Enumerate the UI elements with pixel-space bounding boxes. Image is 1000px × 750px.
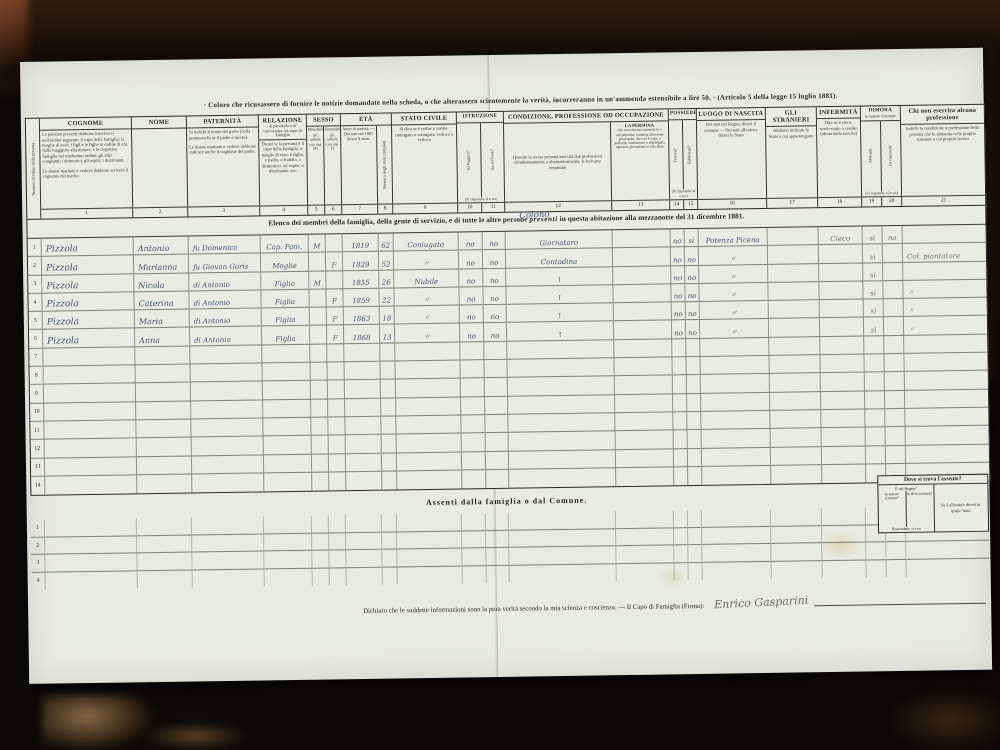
dimora-occasionale-cell <box>886 445 906 464</box>
anno-nascita-cell <box>346 550 382 568</box>
sesso-m-cell: M <box>309 234 326 253</box>
occasionale-label: Occasionale <box>889 145 894 166</box>
stranieri-cell <box>769 337 820 356</box>
sesso-m-cell <box>309 253 326 272</box>
column-numbers: 14 15 <box>670 199 697 209</box>
dimora-occasionale-cell <box>884 336 904 355</box>
condizione-cell: ↑ <box>507 303 614 323</box>
sa-leggere-cell <box>462 433 486 452</box>
header-infermita: INFERMITÀ Dire se è cieco, sordo-muto o … <box>817 107 862 208</box>
infermita-cell <box>822 464 866 483</box>
paternita-cell: di Antonio <box>189 272 261 291</box>
fabbricati-cell <box>687 412 701 431</box>
column-number: 6 <box>325 205 341 214</box>
terreni-cell <box>674 528 688 546</box>
luogo-nascita-cell: 〃 <box>699 283 768 302</box>
infermita-cell <box>820 318 864 337</box>
dimora-abituale: Abituale <box>861 121 882 191</box>
sa-leggere-cell: no <box>459 269 483 288</box>
la-persona-cell <box>616 431 674 450</box>
dimora-occasionale-cell <box>883 281 903 300</box>
relazione-cell: Figlia <box>262 308 310 327</box>
absent-persons-rows: 1 <box>31 506 990 590</box>
sa-leggere-cell: no <box>460 324 484 343</box>
anni-compiuti-cell: 22 <box>379 288 394 307</box>
condizione-cell <box>510 564 617 583</box>
nome-cell <box>136 401 191 420</box>
sesso-f-cell <box>329 472 346 491</box>
column-number: 15 <box>684 200 697 209</box>
row-number: 1 <box>31 520 45 538</box>
sa-leggere-cell <box>460 342 484 361</box>
nome-cell <box>137 474 192 493</box>
chi-non-esercita-cell <box>905 371 988 391</box>
nome-cell <box>136 419 191 438</box>
row-number: 1 <box>28 239 42 258</box>
anno-nascita-cell <box>346 532 382 550</box>
infermita-cell <box>822 428 866 447</box>
sesso-m-cell <box>312 472 329 491</box>
relazione-cell <box>264 436 312 455</box>
column-numbers: 7 8 <box>342 203 392 214</box>
anno-nascita-cell <box>347 567 383 585</box>
relazione-cell <box>263 399 311 418</box>
relazione-cell <box>264 473 312 492</box>
anni-compiuti-cell: 52 <box>379 252 394 271</box>
fabbricati-cell: no <box>686 302 700 321</box>
column-number: 7 <box>342 205 378 215</box>
column-numbers: 10 11 <box>458 202 504 213</box>
cognome-cell <box>45 518 137 537</box>
dimora-abituale-cell <box>866 427 886 446</box>
terreni-cell <box>675 563 689 581</box>
sesso-m-cell <box>310 326 327 345</box>
infermita-cell <box>822 560 866 578</box>
luogo-nascita-cell <box>702 447 771 466</box>
condizione-cell: ↑ <box>506 285 613 305</box>
dimora-occasionale-cell <box>885 391 905 410</box>
relazione-cell <box>264 516 312 534</box>
dimora-abituale-cell <box>866 542 886 560</box>
fabbricati-cell <box>688 448 702 467</box>
condizione-cell: ↑ <box>506 267 613 287</box>
anno-nascita-cell: 1859 <box>343 289 379 308</box>
terreni-cell <box>673 394 687 413</box>
column-number: 14 <box>670 200 684 209</box>
terreni-cell <box>673 412 687 431</box>
list-title-pre: Elenco dei membri della famiglia, della … <box>268 215 529 227</box>
cognome-cell <box>44 365 136 385</box>
sa-scrivere-cell <box>486 530 509 548</box>
anno-nascita-cell: 1829 <box>343 252 379 271</box>
chi-non-esercita-cell <box>903 225 986 245</box>
sesso-title: SESSO <box>307 114 340 127</box>
row-number: 11 <box>30 422 44 441</box>
stato-civile-cell: 〃 <box>394 251 459 270</box>
anno-nascita-cell <box>346 515 382 533</box>
terreni-cell <box>674 467 688 486</box>
fabbricati-cell <box>688 527 702 545</box>
sesso-f-cell <box>330 568 347 586</box>
present-persons-rows: 1 Pizzola Antonio fu Domenico Cap. Fam. … <box>28 225 990 495</box>
header-luogo-nascita: LUOGO DI NASCITA Dei nati nel Regno, dic… <box>697 108 767 209</box>
row-number: 5 <box>29 312 43 331</box>
stranieri-cell <box>769 355 820 374</box>
dimora-abituale-cell: sì <box>863 245 883 264</box>
cognome-cell: Pizzola <box>43 311 135 331</box>
dimora-abituale-cell <box>866 446 886 465</box>
chi-non-esercita-cell <box>904 353 987 373</box>
cognome-cell: Pizzola <box>42 237 134 257</box>
anno-nascita-cell: 1855 <box>343 270 379 289</box>
chi-non-esercita-cell: 〃 <box>904 298 987 318</box>
fabbricati-cell: no <box>686 320 700 339</box>
luogo-nascita-title: LUOGO DI NASCITA <box>697 108 765 121</box>
stato-civile-title: STATO CIVILE <box>392 113 456 126</box>
nome-cell <box>138 570 193 588</box>
stato-civile-cell: Coniugato <box>394 233 459 252</box>
fabbricati-cell <box>687 375 701 394</box>
header-sesso: SESSO Maschile (Si indichi con una M) Fe… <box>307 114 342 214</box>
sa-leggere: Sa leggere? <box>457 123 482 197</box>
row-number: 13 <box>31 458 45 477</box>
list-title-post: in questa abitazione alla mezzanotte del… <box>558 212 745 223</box>
condizione-cell: Giornataro <box>506 230 613 250</box>
relazione-subtitle: di parentela o di convivenza col capo di… <box>259 124 306 141</box>
luogo-nascita-cell: Potenza Picena <box>699 228 768 247</box>
possiede-title: POSSIEDE <box>669 109 696 120</box>
condizione-cell <box>509 431 616 451</box>
anni-compiuti-cell <box>382 549 397 567</box>
nome-cell: Nicola <box>134 273 189 292</box>
sa-leggere-cell <box>462 470 486 489</box>
sa-leggere-cell: no <box>459 232 483 251</box>
paternita-cell <box>191 364 263 383</box>
eta-title: ETÀ <box>341 114 391 127</box>
sesso-subcolumns: Maschile (Si indichi con una M) Femminil… <box>307 126 341 204</box>
header-possiede: POSSIEDE Terreni? Fabbricati? (Si rispon… <box>669 109 698 209</box>
sesso-f-cell <box>328 381 345 400</box>
terreni-cell: no <box>671 247 685 266</box>
infermita-title: INFERMITÀ <box>817 107 860 120</box>
luogo-nascita-cell: 〃 <box>700 319 769 338</box>
sesso-maschile: Maschile (Si indichi con una M) <box>307 127 325 205</box>
dimora-abituale-cell: sì <box>864 299 884 318</box>
stato-civile-cell <box>397 452 462 471</box>
dimora-occasionale: Occasionale <box>881 121 901 191</box>
nome-cell <box>135 346 190 365</box>
header-numero-ordine: Numero d'ordine della persona <box>26 119 41 219</box>
la-persona-cell <box>613 266 671 285</box>
census-photo: · Coloro che ricusassero di fornire le n… <box>0 0 1000 750</box>
sa-leggere-cell <box>460 360 484 379</box>
la-persona-cell <box>615 394 673 413</box>
dimora-occasionale-cell <box>886 427 906 446</box>
terreni-cell: no <box>671 266 685 285</box>
stranieri-cell <box>770 410 821 429</box>
sesso-f-cell <box>328 417 345 436</box>
wood-floor-patch-bottom-mid <box>140 722 250 750</box>
condizione-cell <box>508 395 615 415</box>
la-persona-desc: che esercita un commercio o un'industria… <box>611 128 668 151</box>
stranieri-title: GLI STRANIERI <box>766 107 816 127</box>
sa-scrivere-cell <box>486 433 509 452</box>
paternita-cell <box>192 551 264 570</box>
dimora-occasionale-cell <box>885 372 905 391</box>
terreni-cell <box>672 339 686 358</box>
row-number: 7 <box>29 348 43 367</box>
sa-scrivere-cell <box>485 378 508 397</box>
sa-scrivere-cell: no <box>484 305 507 324</box>
eta-anni-compiuti: Numero degli anni compiuti <box>377 126 392 204</box>
luogo-nascita-cell <box>701 374 770 393</box>
stato-civile-cell <box>397 434 462 453</box>
sesso-m-cell <box>310 308 327 327</box>
nome-title: NOME <box>132 117 186 130</box>
luogo-nascita-cell <box>700 356 769 375</box>
paternita-cell: fu Domenico <box>189 235 261 254</box>
condizione-cell: Contadina <box>506 249 613 269</box>
relazione-cell <box>264 454 312 473</box>
fabbricati: Fabbricati? <box>683 120 697 190</box>
anni-compiuti-cell <box>380 362 395 381</box>
stato-civile-desc: Si dica se è celibe o nubile, coniugato … <box>392 125 456 144</box>
cognome-desc: Le persone presenti debbono inscriversi … <box>40 130 131 166</box>
paternita-cell <box>192 455 264 474</box>
stranieri-cell <box>769 319 820 338</box>
stato-civile-cell <box>396 397 461 416</box>
sesso-f-cell: F <box>327 307 344 326</box>
sesso-m-cell <box>312 550 329 568</box>
luogo-nascita-cell: 〃 <box>700 301 769 320</box>
dimora-occasionale-cell: no <box>883 226 903 245</box>
relazione-cell <box>263 418 311 437</box>
sesso-f-cell: F <box>326 289 343 308</box>
relazione-desc: Dicasi se la persona è il capo della fam… <box>259 140 307 175</box>
absent-box-body: È nel Regno? in questo comune? in altro … <box>878 484 988 533</box>
sa-scrivere-cell <box>486 470 509 489</box>
header-paternita: PATERNITÀ Si indichi il nome del padre (… <box>187 115 260 216</box>
cognome-cell: Pizzola <box>42 256 134 276</box>
sa-scrivere: Sa scrivere? <box>481 123 504 197</box>
cognome-cell <box>45 553 137 572</box>
nome-cell: Caterina <box>134 291 189 310</box>
paternita-cell <box>192 473 264 492</box>
sesso-m-cell <box>313 568 330 586</box>
condizione-left-desc: Quando la stessa persona esercita due pr… <box>504 152 610 172</box>
infermita-cell <box>820 355 864 374</box>
stranieri-cell <box>771 543 822 561</box>
sa-leggere-cell: no <box>459 287 483 306</box>
terreni-cell <box>672 357 686 376</box>
header-condizione: CONDIZIONE, PROFESSIONE OD OCCUPAZIONE Q… <box>504 109 670 211</box>
numero-ordine-label: Numero d'ordine della persona <box>30 142 36 195</box>
anno-nascita-cell: 1819 <box>343 234 379 253</box>
column-number: 19 <box>862 197 882 206</box>
sesso-m-cell <box>310 344 327 363</box>
luogo-nascita-desc: Dei nati nel Regno, dicesi il comune — D… <box>697 120 765 139</box>
anni-compiuti-cell: 13 <box>380 325 395 344</box>
sa-scrivere-cell: no <box>484 323 507 342</box>
sesso-m-cell <box>311 399 328 418</box>
luogo-nascita-cell <box>701 411 770 430</box>
stato-civile-cell: 〃 <box>394 287 459 306</box>
absent-persons-table: 1 <box>31 506 990 590</box>
sa-leggere-cell <box>462 531 486 549</box>
stato-civile-cell <box>397 548 462 566</box>
sa-leggere-cell <box>462 452 486 471</box>
sa-leggere-cell <box>461 379 485 398</box>
istruzione-title: ISTRUZIONE <box>457 112 503 124</box>
paternita-cell <box>191 400 263 419</box>
relazione-cell <box>263 381 311 400</box>
declaration-text: Dichiaro che le suddette informazioni so… <box>363 603 704 615</box>
nome-cell: Antonio <box>134 237 189 256</box>
relazione-cell <box>264 551 312 569</box>
stranieri-cell <box>768 245 819 264</box>
anno-nascita-cell <box>344 343 380 362</box>
stranieri-cell <box>771 508 822 526</box>
relazione-cell: Figlia <box>261 290 309 309</box>
column-number: 21 <box>902 195 985 206</box>
infermita-cell <box>822 542 866 560</box>
sesso-m-cell <box>312 454 329 473</box>
terreni-cell <box>674 430 688 449</box>
anno-nascita-cell <box>345 398 381 417</box>
relazione-cell: Moglie <box>261 253 309 272</box>
luogo-nascita-cell <box>702 429 771 448</box>
sesso-m-cell: M <box>309 271 326 290</box>
stato-civile-cell: 〃 <box>395 324 460 343</box>
paternita-cell <box>190 345 262 364</box>
sesso-m-cell <box>309 289 326 308</box>
infermita-cell: Cieco <box>819 227 863 246</box>
infermita-cell <box>822 446 866 465</box>
la-persona-cell <box>617 563 675 581</box>
stato-civile-cell <box>395 361 460 380</box>
header-eta: ETÀ Anno di nascita. — Dei nati nel 1881… <box>341 113 393 214</box>
paternita-cell <box>192 516 264 535</box>
sesso-f-cell <box>327 344 344 363</box>
chi-non-esercita-title: Chi non esercita alcuna professione <box>901 105 984 126</box>
anni-compiuti-cell <box>382 471 397 490</box>
condizione-cell <box>509 511 616 530</box>
declaration-row: Dichiaro che le suddette informazioni so… <box>363 593 986 615</box>
sa-leggere-cell <box>462 548 486 566</box>
stato-civile-cell: 〃 <box>395 306 460 325</box>
sesso-m-cell <box>311 417 328 436</box>
header-cognome: COGNOME Le persone presenti debbono insc… <box>40 117 133 218</box>
header-stato-civile: STATO CIVILE Si dica se è celibe o nubil… <box>392 113 458 214</box>
infermita-cell <box>820 336 864 355</box>
la-persona-cell <box>616 467 674 486</box>
chi-non-esercita-cell <box>905 389 988 409</box>
cognome-cell <box>46 571 138 590</box>
row-number: 8 <box>30 367 44 386</box>
column-number: 8 <box>378 204 392 213</box>
luogo-nascita-cell <box>702 544 771 563</box>
sa-scrivere-label: Sa scrivere? <box>490 149 495 170</box>
column-number: 1 <box>41 207 132 218</box>
sesso-f-cell <box>329 454 346 473</box>
la-persona-cell <box>616 510 674 528</box>
table-header-row: Numero d'ordine della persona COGNOME Le… <box>26 105 985 220</box>
anni-compiuti-cell <box>380 343 395 362</box>
sesso-m-cell <box>310 363 327 382</box>
cognome-cell <box>45 536 137 555</box>
dimora-abituale-cell: sì <box>863 281 883 300</box>
sa-leggere-cell <box>463 566 487 584</box>
absent-location-box: Dove si trova l'assente? È nel Regno? in… <box>877 474 989 534</box>
paternita-cell: fu Giovan Goris <box>189 254 261 273</box>
cognome-cell <box>43 347 135 367</box>
sesso-f-cell <box>326 271 343 290</box>
fabbricati-cell <box>686 357 700 376</box>
luogo-nascita-cell <box>701 393 770 412</box>
stranieri-cell <box>770 374 821 393</box>
paternita-cell: di Antonio <box>190 327 262 346</box>
stranieri-cell <box>770 392 821 411</box>
header-chi-non-esercita: Chi non esercita alcuna professione indi… <box>901 105 985 206</box>
sa-leggere-cell: no <box>459 250 483 269</box>
terreni-cell <box>673 376 687 395</box>
infermita-cell <box>821 409 865 428</box>
sesso-m-cell <box>312 436 329 455</box>
possiede-subcolumns: Terreni? Fabbricati? <box>669 120 697 190</box>
condizione-due-professioni: Quando la stessa persona esercita due pr… <box>504 122 612 201</box>
fabbricati-cell <box>688 510 702 528</box>
stato-civile-cell <box>396 415 461 434</box>
paternita-cell <box>191 382 263 401</box>
stranieri-desc: debbono indicare lo Stato a cui apparten… <box>766 127 816 141</box>
luogo-nascita-cell <box>700 338 769 357</box>
relazione-cell: Figlio <box>261 271 309 290</box>
sesso-f-cell: F <box>326 253 343 272</box>
nome-cell: Anna <box>135 328 190 347</box>
stranieri-cell <box>771 526 822 544</box>
sesso-m-cell <box>312 515 329 533</box>
dimora-abituale-cell <box>865 409 885 428</box>
signature-line <box>814 603 986 607</box>
dimora-abituale-cell: sì <box>864 318 884 337</box>
la-persona-cell <box>616 545 674 563</box>
la-persona-cell <box>615 376 673 395</box>
row-number: 14 <box>31 477 45 496</box>
stranieri-cell <box>771 465 822 484</box>
anni-compiuti-cell <box>382 514 397 532</box>
row-number: 12 <box>31 440 45 459</box>
terreni-cell: no <box>671 229 685 248</box>
questo-comune-label: in questo comune? <box>878 491 906 527</box>
chi-non-esercita-desc: indichi la condizione o professione dell… <box>901 124 984 143</box>
stranieri-cell <box>771 428 822 447</box>
sa-leggere-label: Sa leggere? <box>467 150 472 170</box>
luogo-nascita-cell <box>702 466 771 485</box>
chi-non-esercita-cell <box>903 261 986 281</box>
luogo-nascita-cell <box>702 509 771 528</box>
dimora-occasionale-cell <box>884 299 904 318</box>
anni-compiuti-cell <box>382 453 397 472</box>
stranieri-cell <box>768 282 819 301</box>
chi-non-esercita-cell <box>906 426 989 446</box>
cognome-cell <box>45 475 137 495</box>
anno-nascita-cell <box>345 380 381 399</box>
luogo-nascita-cell: 〃 <box>699 246 768 265</box>
header-nome: NOME 2 <box>132 117 188 218</box>
column-number: 2 <box>133 207 187 218</box>
stranieri-cell <box>768 264 819 283</box>
cognome-cell <box>45 457 137 477</box>
